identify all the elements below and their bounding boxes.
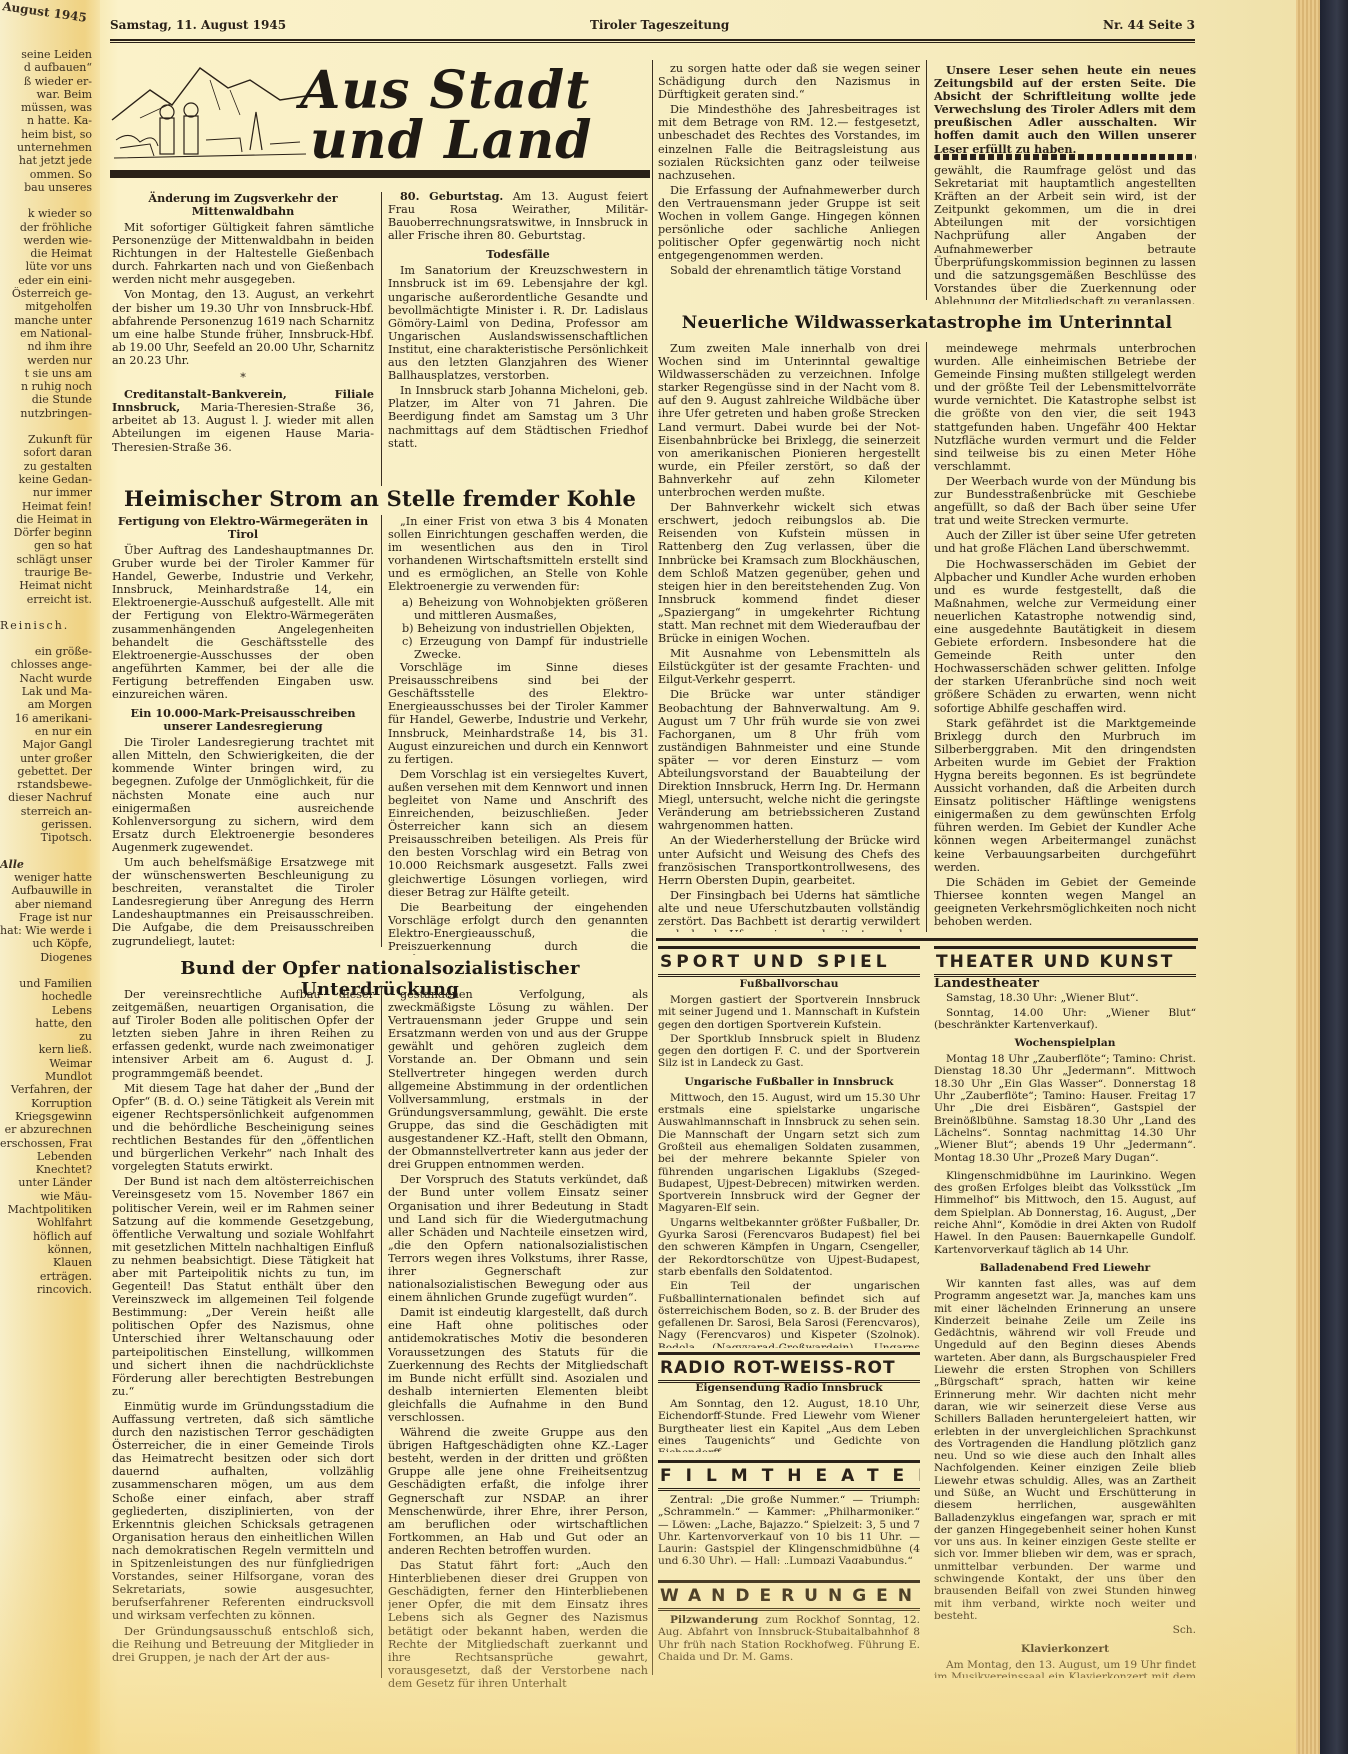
previous-page-line: ß wieder er- [0,75,92,88]
previous-page-line: Lebens [0,1004,92,1017]
previous-page-line: Tipotsch. [0,831,92,844]
review-signature: Sch. [934,1624,1196,1636]
previous-page-line: werden nur [0,354,92,367]
piano-concert-heading: Klavierkonzert [934,1643,1196,1656]
previous-page-line: sterreich an- [0,805,92,818]
banner-underline [110,170,650,178]
victims-paragraph-continuation: gewählt, die Raumfrage gelöst und das Se… [934,164,1196,304]
newspaper-name: Tiroler Tageszeitung [590,18,729,32]
deaths-heading: Todesfälle [388,248,648,261]
previous-page-line: erträgen. [0,1270,92,1283]
previous-page-line: unter Länder [0,1176,92,1189]
previous-page-line: Major Gangl [0,738,92,751]
bank-notice: Creditanstalt-Bankverein, Filiale Innsbr… [112,388,374,453]
previous-page-line: erreicht ist. [0,593,92,606]
flood-paragraph: Mit Ausnahme von Lebensmitteln als Eilst… [658,647,920,686]
victims-article-column-1: Der vereinsrechtliche Aufbau dieser zeit… [112,988,374,1688]
train-change-paragraph-1: Mit sofortiger Gültigkeit fahren sämtlic… [112,221,374,286]
previous-page-signature-1: Reinisch. [0,619,92,632]
previous-page-line: ommen. So [0,168,92,181]
power-article-headline: Heimischer Strom an Stelle fremder Kohle [112,486,648,511]
issue-number: Nr. 44 Seite 3 [1103,18,1195,32]
state-theater-line-1: Samstag, 18.30 Uhr: „Wiener Blut“. [934,992,1196,1004]
power-paragraph-7: Die Bearbeitung der eingehenden Vorschlä… [388,901,648,955]
column-divider [381,515,382,947]
previous-page-line: heim bist, so [0,128,92,141]
previous-page-line: bau unseres [0,181,92,194]
previous-page-line: wie Mäu- [0,1190,92,1203]
victims-paragraph: gestandenen Verfolgung, als zweckmäßigst… [388,988,648,1171]
film-listings: Zentral: „Die große Nummer.“ — Triumph: … [658,1494,920,1564]
flood-paragraph: An der Wiederherstellung der Brücke wird… [658,834,920,886]
deaths-paragraph-2: In Innsbruck starb Johanna Micheloni, ge… [388,384,648,449]
previous-page-line: gen so hat [0,539,92,552]
previous-page-line: seine Leiden [0,48,92,61]
column-divider [381,192,382,486]
victims-paragraph: Während die zweite Gruppe aus den übrige… [388,1426,648,1557]
film-section-header: FILMTHEATER [658,1460,920,1491]
radio-innsbruck-heading: Eigensendung Radio Innsbruck [658,1382,920,1395]
previous-page-line: Diogenes [0,951,92,964]
power-subheading-2: Ein 10.000-Mark-Preisausschreiben unsere… [112,707,374,733]
previous-page-line: zu [0,1030,92,1043]
previous-page-line: war. Beim [0,88,92,101]
flood-paragraph: Der Finsingbach bei Uderns hat sämtliche… [658,889,920,932]
victims-paragraph: Damit ist eindeutig klargestellt, daß du… [388,1306,648,1424]
victims-paragraph: Der Bund ist nach dem altösterreichische… [112,1175,374,1398]
previous-page-line: uch Köpfe, [0,937,92,950]
section-banner: Aus Stadt und Land [110,60,650,178]
previous-page-line: em National- [0,327,92,340]
flood-paragraph: Auch der Ziller ist über seine Ufer getr… [934,529,1196,555]
previous-page-line: Heimat fein! [0,500,92,513]
flood-paragraph: Der Weerbach wurde von der Mündung bis z… [934,475,1196,527]
weekly-schedule-heading: Wochenspielplan [934,1037,1196,1050]
previous-page-line: rincovich. [0,1283,92,1296]
previous-page-line: mitgeholfen [0,300,92,313]
victims-paragraph: Die Mindesthöhe des Jahresbeitrages ist … [658,103,920,182]
flood-paragraph: Die Brücke war unter ständiger Beobachtu… [658,688,920,832]
previous-page-fragment: August 1945 seine Leidend aufbauen“ß wie… [0,0,100,1754]
victims-paragraph: Sobald der ehrenamtlich tätige Vorstand [658,264,920,277]
previous-page-line: Frage ist nur [0,911,92,924]
previous-page-line: lüte vor uns [0,260,92,273]
previous-page-line: 16 amerikani- [0,712,92,725]
football-preview-p2: Der Sportklub Innsbruck spielt in Bluden… [658,1033,920,1070]
state-theater-heading: Landestheater [934,978,1196,990]
previous-page-line: der fröhliche [0,221,92,234]
previous-page-line: müssen, was [0,101,92,114]
hungarian-footballers-heading: Ungarische Fußballer in Innsbruck [658,1076,920,1089]
state-theater-line-2: Sonntag, 14.00 Uhr: „Wiener Blut“ (besch… [934,1007,1196,1032]
previous-page-line: Verfahren, der [0,1083,92,1096]
radio-paragraph: Am Sonntag, den 12. August, 18.10 Uhr, E… [658,1398,920,1452]
heating-purpose-item: b) Beheizung von industriellen Objekten, [402,622,648,635]
hungarian-footballers-p1: Mittwoch, den 15. August, wird um 15.30 … [658,1092,920,1215]
previous-page-line: nutzbringen- [0,407,92,420]
heating-purpose-item: c) Erzeugung von Dampf für industrielle … [402,635,648,661]
previous-page-line: eder ein eini- [0,274,92,287]
power-article-column-2: „In einer Frist von etwa 3 bis 4 Monaten… [388,515,648,955]
previous-page-line: Wohlfahrt [0,1216,92,1229]
masthead: Samstag, 11. August 1945 Tiroler Tagesze… [110,8,1195,48]
power-paragraph-3: Um auch behelfsmäßige Ersatzwege mit der… [112,856,374,948]
deaths-paragraph-1: Im Sanatorium der Kreuzschwestern in Inn… [388,264,648,382]
previous-page-line: Lak und Ma- [0,685,92,698]
ballad-evening-heading: Balladenabend Fred Liewehr [934,1262,1196,1275]
hungarian-footballers-p2: Ungarns weltbekannter größter Fußballer,… [658,1217,920,1278]
flood-article-headline: Neuerliche Wildwasserkatastrophe im Unte… [658,313,1196,333]
previous-page-line: Machtpolitiken [0,1203,92,1216]
previous-page-line: traurige Be- [0,566,92,579]
football-preview-p1: Morgen gastiert der Sportverein Innsbruc… [658,994,920,1031]
heating-purposes-list: a) Beheizung von Wohnobjekten größeren u… [388,596,648,661]
ballad-evening-review: Wir kannten fast alles, was auf dem Prog… [934,1278,1196,1622]
flood-paragraph: Der Bahnverkehr wickelt sich etwas ersch… [658,501,920,645]
flood-paragraph: Die Hochwasserschäden im Gebiet der Alpb… [934,558,1196,715]
previous-page-line: unternehmen [0,141,92,154]
previous-page-line: Nacht wurde [0,672,92,685]
victims-paragraph: Das Statut fährt fort: „Auch den Hinterb… [388,1559,648,1688]
victims-paragraph: Der vereinsrechtliche Aufbau dieser zeit… [112,988,374,1080]
power-article-column-1: Fertigung von Elektro-Wärmegeräten in Ti… [112,515,374,955]
victims-paragraph: Mit diesem Tage hat daher der „Bund der … [112,1082,374,1174]
weekly-schedule: Montag 18 Uhr „Zauberflöte“; Tamino: Chr… [934,1053,1196,1164]
previous-page-line: Klauen [0,1256,92,1269]
victims-paragraph: zu sorgen hatte oder daß sie wegen seine… [658,62,920,101]
previous-page-line: hatte, den [0,1017,92,1030]
victims-article-column-3: zu sorgen hatte oder daß sie wegen seine… [658,62,920,302]
flood-paragraph: Stark gefährdet ist die Marktgemeinde Br… [934,717,1196,874]
sport-column: Fußballvorschau Morgen gastiert der Spor… [658,978,920,1348]
previous-page-line: gebettet. Der [0,765,92,778]
previous-page-line: am Morgen [0,698,92,711]
previous-page-line: die Heimat [0,247,92,260]
previous-page-line: Zukunft für [0,433,92,446]
previous-page-line: können, [0,1243,92,1256]
football-preview-heading: Fußballvorschau [658,978,920,991]
klingenschmid-stage-notice: Klingenschmidbühne im Laurinkino. Wegen … [934,1170,1196,1256]
previous-page-line: Mundlot [0,1070,92,1083]
power-paragraph-6: Dem Vorschlag ist ein versiegeltes Kuver… [388,768,648,899]
previous-page-line: Heimat nicht [0,579,92,592]
previous-page-line: dieser Nachruf [0,791,92,804]
previous-page-line: weniger hatte [0,871,92,884]
power-subheading-1: Fertigung von Elektro-Wärmegeräten in Ti… [112,515,374,541]
theater-column: Landestheater Samstag, 18.30 Uhr: „Wiene… [934,978,1196,1678]
previous-page-text: seine Leidend aufbauen“ß wieder er-war. … [0,48,96,1296]
previous-page-line: n ruhig noch [0,380,92,393]
flood-article-column-1: Zum zweiten Male innerhalb von drei Woch… [658,342,920,932]
previous-page-line: zu gestalten [0,460,92,473]
previous-page-line: d aufbauen“ [0,61,92,74]
previous-page-line: kern ließ. [0,1043,92,1056]
flood-article-column-2: meindewege mehrmals unterbrochen wurden.… [934,342,1196,932]
piano-concert-notice: Am Montag, den 13. August, um 19 Uhr fin… [934,1659,1196,1678]
power-paragraph-2: Die Tiroler Landesregierung trachtet mit… [112,736,374,854]
radio-column: Eigensendung Radio Innsbruck Am Sonntag,… [658,1382,920,1452]
readers-notice: Unsere Leser sehen heute ein neues Zeitu… [934,64,1196,156]
mountain-town-illustration-icon [110,60,310,172]
hiking-column: Pilzwanderung zum Rockhof Sonntag, 12. A… [658,1614,920,1674]
previous-page-line: hat: Wie werde ich [0,924,92,937]
theater-section-header: THEATER UND KUNST [934,946,1196,977]
column-divider [926,342,927,932]
hiking-lead: Pilzwanderung [670,1614,758,1626]
notice-wavy-divider [934,154,1196,160]
previous-page-line: rstandsbewe- [0,778,92,791]
book-cover-edge [1320,0,1348,1754]
previous-page-line: die Heimat in [0,513,92,526]
column-divider [381,988,382,1678]
radio-section-header: RADIO ROT-WEISS-ROT [658,1352,920,1383]
previous-page-line: Korruption [0,1097,92,1110]
newspaper-page: August 1945 seine Leidend aufbauen“ß wie… [0,0,1318,1754]
banner-title-line-2: und Land [310,110,593,171]
film-column: Zentral: „Die große Nummer.“ — Triumph: … [658,1494,920,1564]
hiking-notice: Pilzwanderung zum Rockhof Sonntag, 12. A… [658,1614,920,1663]
birthday-notice: 80. Geburtstag. Am 13. August feiert Fra… [388,190,648,242]
previous-page-line: nur immer [0,486,92,499]
column-divider [652,60,653,1675]
train-change-paragraph-2: Von Montag, den 13. August, an verkehrt … [112,288,374,367]
flood-paragraph: Zum zweiten Male innerhalb von drei Woch… [658,342,920,499]
victims-paragraph: Einmütig wurde im Gründungsstadium die A… [112,1400,374,1623]
previous-page-line: und Familien [0,977,92,990]
previous-page-line: manche unter [0,314,92,327]
victims-article-column-2: gestandenen Verfolgung, als zweckmäßigst… [388,988,648,1688]
local-news-column-2: 80. Geburtstag. Am 13. August feiert Fra… [388,186,648,486]
victims-paragraph: Der Gründungsausschuß entschloß sich, di… [112,1625,374,1664]
power-paragraph-4: „In einer Frist von etwa 3 bis 4 Monaten… [388,515,648,594]
previous-page-line: Österreich ge- [0,287,92,300]
previous-page-line: er abzurechnen [0,1123,92,1136]
sport-section-header: SPORT UND SPIEL [658,946,920,977]
victims-article-column-4: gewählt, die Raumfrage gelöst und das Se… [934,164,1196,304]
victims-paragraph: Die Erfassung der Aufnahmewerber durch d… [658,184,920,263]
separator-star: * [112,371,374,384]
previous-page-line: hochedle [0,990,92,1003]
previous-page-line: n hatte. Ka- [0,114,92,127]
previous-page-line: hat jetzt jede [0,154,92,167]
previous-page-line: höflich auf [0,1230,92,1243]
section-divider [656,938,1198,941]
previous-page-line: t sie uns am [0,367,92,380]
previous-page-line: aber niemand [0,898,92,911]
previous-page-line: Kriegsgewinn [0,1110,92,1123]
previous-page-line: chlosses ange- [0,658,92,671]
victims-paragraph: Der Vorspruch des Statuts verkündet, daß… [388,1173,648,1304]
previous-page-line: Lebenden [0,1150,92,1163]
local-news-column-1: Änderung im Zugsverkehr der Mittenwaldba… [112,186,374,486]
power-paragraph-5: Vorschläge im Sinne dieses Preisausschre… [388,661,648,766]
previous-page-line: en nur ein [0,725,92,738]
issue-date: Samstag, 11. August 1945 [110,18,286,32]
train-change-heading: Änderung im Zugsverkehr der Mittenwaldba… [112,192,374,218]
previous-page-line: Dörfer beginn [0,526,92,539]
previous-page-line: werden wie- [0,234,92,247]
previous-page-line: schlägt unser [0,553,92,566]
previous-page-line: Weimar [0,1057,92,1070]
previous-page-line: gerissen. [0,818,92,831]
hiking-section-header: WANDERUNGEN [658,1580,920,1611]
previous-page-line: die Stunde [0,393,92,406]
previous-page-line: erschossen, Frau [0,1137,92,1150]
power-paragraph-1: Über Auftrag des Landeshauptmannes Dr. G… [112,544,374,701]
flood-paragraph: Die Schäden im Gebiet der Gemeinde Thier… [934,876,1196,928]
previous-page-line: ein größe- [0,645,92,658]
column-divider [926,60,927,300]
previous-page-line: nd ihm ihre [0,340,92,353]
previous-page-heading: Alle [0,858,92,871]
previous-page-date: August 1945 [1,0,87,25]
previous-page-line: k wieder so [0,207,92,220]
previous-page-line: unter großer [0,752,92,765]
masthead-rule [110,39,1195,43]
previous-page-line: sofort daran [0,446,92,459]
flood-paragraph: meindewege mehrmals unterbrochen wurden.… [934,342,1196,473]
previous-page-line: Knechtet? [0,1163,92,1176]
heating-purpose-item: a) Beheizung von Wohnobjekten größeren u… [402,596,648,622]
birthday-lead: 80. Geburtstag. [400,189,503,203]
previous-page-line: Aufbauwille in [0,884,92,897]
previous-page-line: keine Gedan- [0,473,92,486]
hungarian-footballers-p3: Ein Teil der ungarischen Fußballinternat… [658,1280,920,1348]
